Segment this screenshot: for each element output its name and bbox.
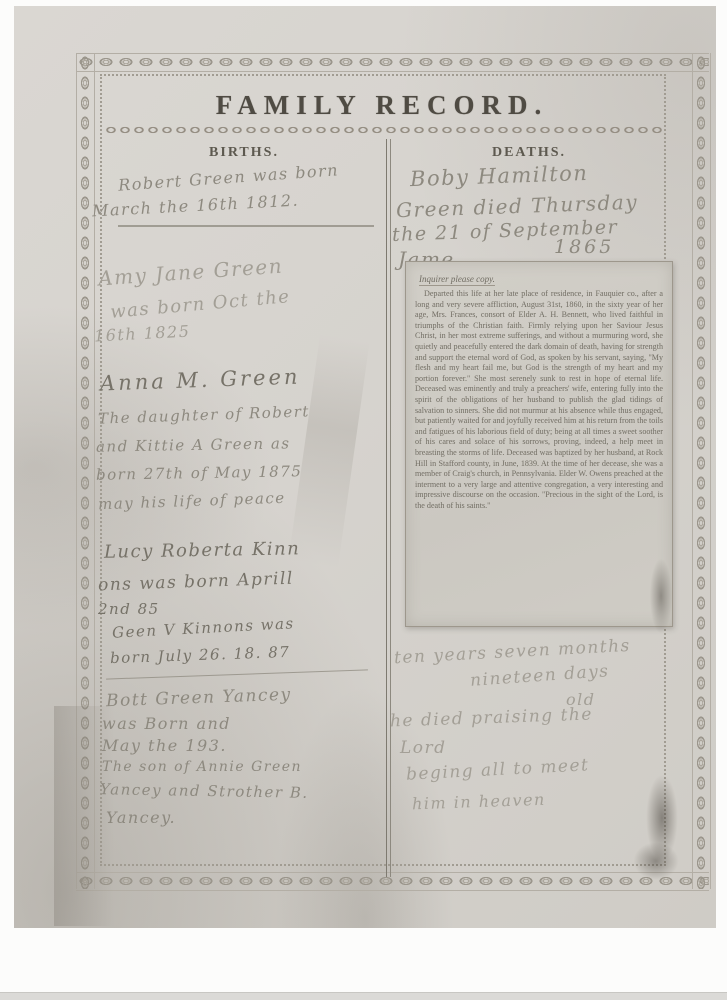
handwritten-line: was Born and (102, 714, 231, 733)
handwritten-line: Yancey. (106, 808, 176, 827)
column-divider (386, 139, 391, 877)
entry-separator (118, 225, 374, 227)
scanner-bed-strip (0, 992, 727, 1000)
handwritten-line: Lucy Roberta Kinn (104, 538, 301, 562)
handwritten-line: 1865 (554, 236, 614, 258)
handwritten-line: May the 193. (102, 736, 227, 755)
ornate-border-bottom (76, 872, 709, 891)
scanned-document: FAMILY RECORD. BIRTHS. DEATHS. Robert Gr… (0, 0, 727, 1000)
handwritten-line: 2nd 85 (98, 600, 160, 618)
handwritten-line: Lord (400, 738, 447, 758)
page-title: FAMILY RECORD. (102, 90, 662, 121)
clipping-heading: Inquirer please copy. (419, 274, 495, 286)
handwritten-line: Yancey and Strother B. (100, 780, 309, 802)
handwritten-line: The son of Annie Green (102, 759, 302, 775)
photocopy-page: FAMILY RECORD. BIRTHS. DEATHS. Robert Gr… (14, 6, 716, 928)
handwritten-line: born 27th of May 1875 (96, 462, 303, 484)
newspaper-clipping: Inquirer please copy. Departed this life… (405, 261, 673, 627)
ornate-border-top (76, 53, 709, 72)
deaths-header: DEATHS. (399, 145, 659, 161)
clipping-body: Departed this life at her late place of … (415, 289, 663, 511)
ornate-border-left (76, 53, 95, 889)
births-header: BIRTHS. (109, 145, 379, 161)
ornate-border-right (692, 53, 711, 889)
title-chain-rule (104, 125, 662, 136)
handwritten-line: and Kittie A Green as (96, 434, 291, 455)
